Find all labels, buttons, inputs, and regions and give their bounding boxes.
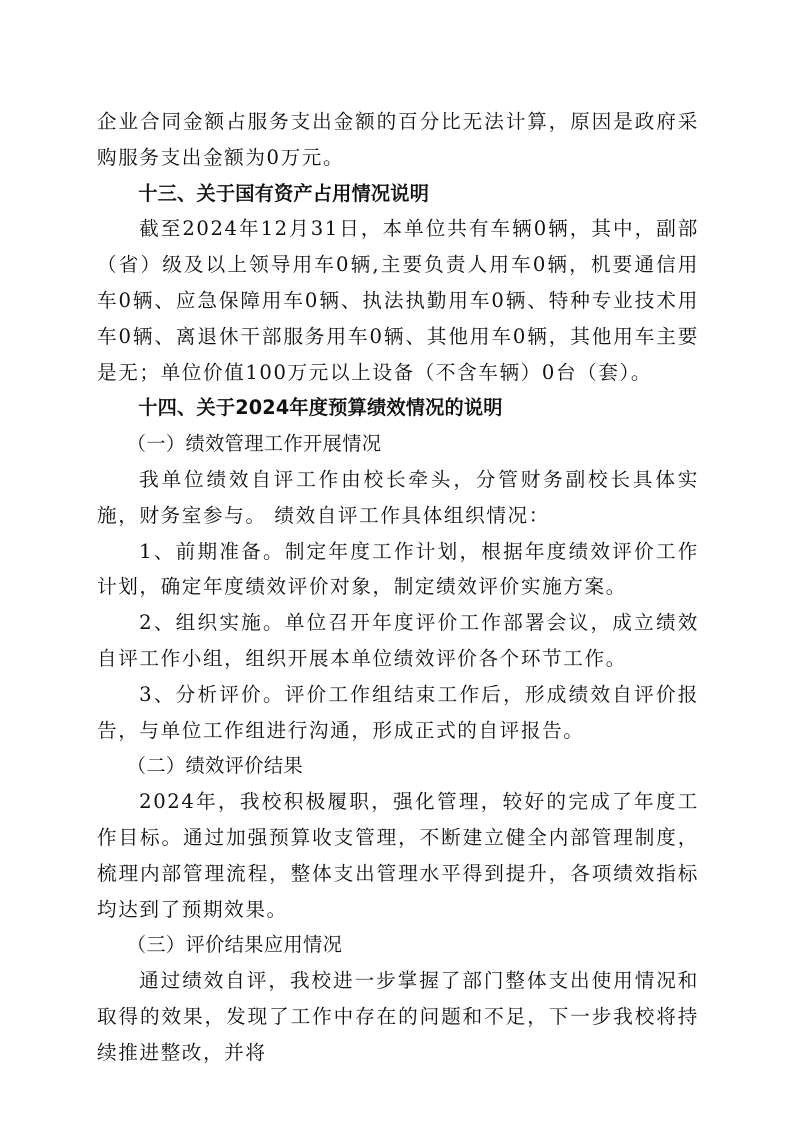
paragraph-step-2: 2、组织实施。单位召开年度评价工作部署会议，成立绩效自评工作小组，组织开展本单位… — [97, 605, 699, 677]
subsection-heading-1: （一）绩效管理工作开展情况 — [97, 426, 699, 462]
paragraph-application: 通过绩效自评，我校进一步掌握了部门整体支出使用情况和取得的效果，发现了工作中存在… — [97, 963, 699, 1070]
section-heading-13: 十三、关于国有资产占用情况说明 — [97, 176, 699, 212]
asset-usage-paragraph: 截至2024年12月31日，本单位共有车辆0辆，其中，副部（省）级及以上领导用车… — [97, 211, 699, 390]
paragraph-organization: 我单位绩效自评工作由校长牵头，分管财务副校长具体实施，财务室参与。 绩效自评工作… — [97, 462, 699, 534]
paragraph-step-3: 3、分析评价。评价工作组结束工作后，形成绩效自评价报告，与单位工作组进行沟通，形… — [97, 677, 699, 749]
paragraph-step-1: 1、前期准备。制定年度工作计划，根据年度绩效评价工作计划，确定年度绩效评价对象，… — [97, 534, 699, 606]
subsection-heading-2: （二）绩效评价结果 — [97, 748, 699, 784]
document-page: 企业合同金额占服务支出金额的百分比无法计算，原因是政府采购服务支出金额为0万元。… — [97, 104, 699, 1071]
section-heading-14: 十四、关于2024年度预算绩效情况的说明 — [97, 390, 699, 426]
subsection-heading-3: （三）评价结果应用情况 — [97, 927, 699, 963]
continuation-paragraph: 企业合同金额占服务支出金额的百分比无法计算，原因是政府采购服务支出金额为0万元。 — [97, 104, 699, 176]
paragraph-results: 2024年，我校积极履职，强化管理，较好的完成了年度工作目标。通过加强预算收支管… — [97, 784, 699, 927]
